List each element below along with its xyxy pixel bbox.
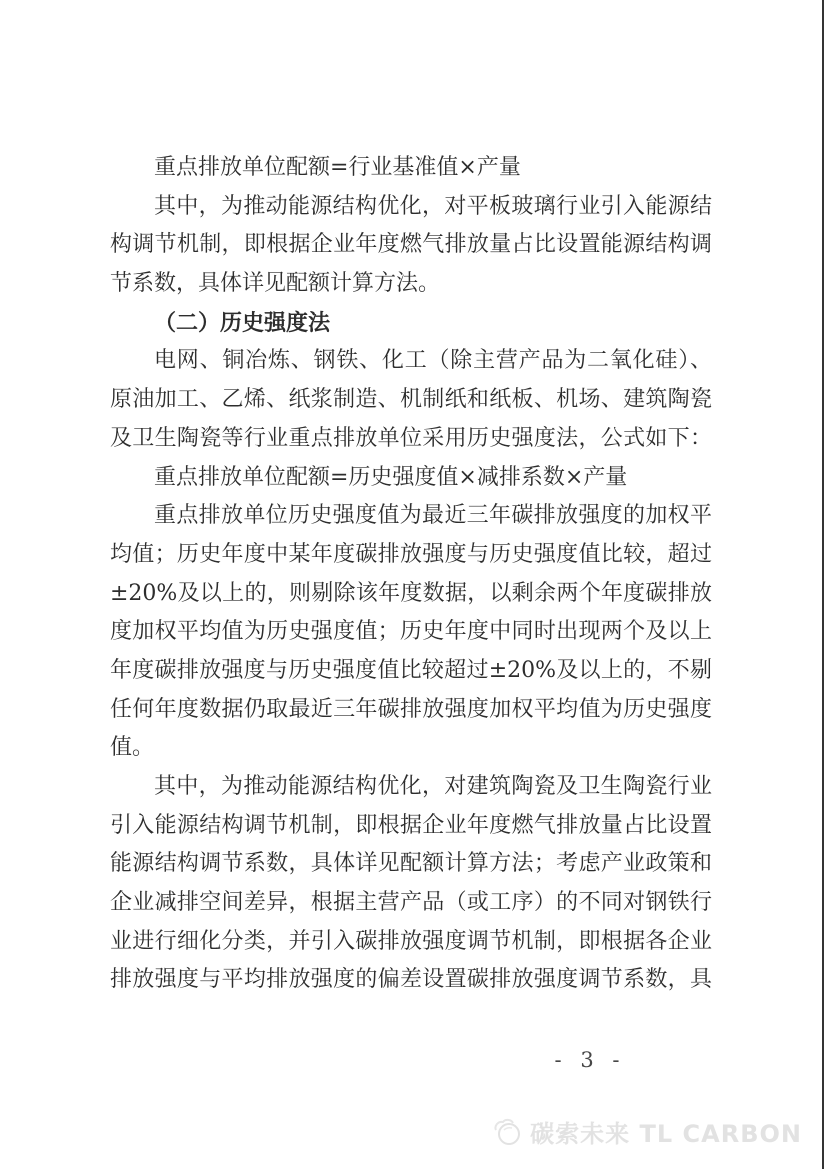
section-heading: （二）历史强度法 <box>110 304 712 343</box>
document-line: 年度碳排放强度与历史强度值比较超过±20%及以上的，不剔除 <box>110 652 712 691</box>
document-line: 能源结构调节系数，具体详见配额计算方法；考虑产业政策和 <box>110 845 712 884</box>
document-line: 构调节机制，即根据企业年度燃气排放量占比设置能源结构调 <box>110 226 712 265</box>
document-page: 重点排放单位配额=行业基准值×产量 其中，为推动能源结构优化，对平板玻璃行业引入… <box>0 0 828 1169</box>
document-line: 其中，为推动能源结构优化，对平板玻璃行业引入能源结 <box>110 188 712 227</box>
document-line: 值。 <box>110 729 712 768</box>
document-line: 任何年度数据仍取最近三年碳排放强度加权平均值为历史强度 <box>110 691 712 730</box>
document-line: 引入能源结构调节机制，即根据企业年度燃气排放量占比设置 <box>110 807 712 846</box>
document-line: 及卫生陶瓷等行业重点排放单位采用历史强度法，公式如下： <box>110 420 712 459</box>
document-line: ±20%及以上的，则剔除该年度数据，以剩余两个年度碳排放强 <box>110 575 712 614</box>
document-line: 均值；历史年度中某年度碳排放强度与历史强度值比较，超过 <box>110 536 712 575</box>
document-line: 业进行细化分类，并引入碳排放强度调节机制，即根据各企业 <box>110 923 712 962</box>
document-line: 原油加工、乙烯、纸浆制造、机制纸和纸板、机场、建筑陶瓷 <box>110 381 712 420</box>
watermark-text: 碳索未来 TL CARBON <box>530 1114 802 1149</box>
document-line: 其中，为推动能源结构优化，对建筑陶瓷及卫生陶瓷行业 <box>110 768 712 807</box>
tl-carbon-logo-icon <box>492 1116 524 1148</box>
page-right-border <box>822 0 824 1169</box>
document-line: 度加权平均值为历史强度值；历史年度中同时出现两个及以上 <box>110 613 712 652</box>
page-number: - 3 - <box>540 1048 640 1072</box>
formula-line: 重点排放单位配额=历史强度值×减排系数×产量 <box>110 459 712 498</box>
document-line: 电网、铜冶炼、钢铁、化工（除主营产品为二氧化硅）、 <box>110 342 712 381</box>
document-body: 重点排放单位配额=行业基准值×产量 其中，为推动能源结构优化，对平板玻璃行业引入… <box>110 149 712 1000</box>
document-line: 节系数，具体详见配额计算方法。 <box>110 265 712 304</box>
document-line: 重点排放单位历史强度值为最近三年碳排放强度的加权平 <box>110 497 712 536</box>
watermark: 碳索未来 TL CARBON <box>492 1114 802 1149</box>
document-line: 排放强度与平均排放强度的偏差设置碳排放强度调节系数，具 <box>110 961 712 1000</box>
document-line: 企业减排空间差异，根据主营产品（或工序）的不同对钢铁行 <box>110 884 712 923</box>
formula-line: 重点排放单位配额=行业基准值×产量 <box>110 149 712 188</box>
